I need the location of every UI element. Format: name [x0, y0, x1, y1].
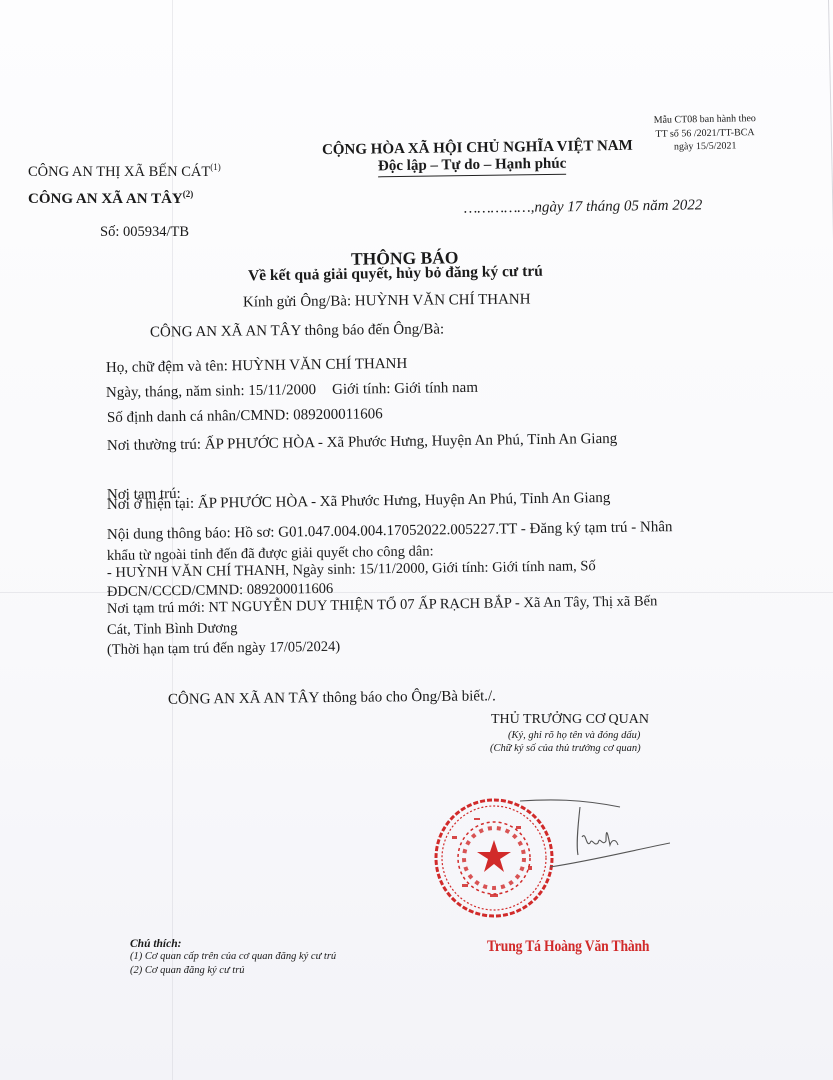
field-personal-id: Số định danh cá nhân/CMND: 089200011606: [107, 406, 383, 427]
agency-self: CÔNG AN XÃ AN TÂY(2): [28, 191, 193, 208]
content-line: Nội dung thông báo: Hồ sơ: G01.047.004.0…: [107, 519, 673, 544]
agency-parent: CÔNG AN THỊ XÃ BẾN CÁT(1): [28, 164, 221, 181]
intro-line: CÔNG AN XÃ AN TÂY thông báo đến Ông/Bà:: [150, 321, 444, 341]
signature-note: (Chữ ký số của thủ trưởng cơ quan): [490, 743, 641, 754]
footnote: (1) Cơ quan cấp trên của cơ quan đăng ký…: [130, 951, 336, 962]
signature-title: THỦ TRƯỞNG CƠ QUAN: [491, 712, 649, 728]
paper-edge: [828, 0, 833, 560]
recipient-line: Kính gửi Ông/Bà: HUỲNH VĂN CHÍ THANH: [243, 291, 531, 311]
form-template-note: Mẫu CT08 ban hành theo TT số 56 /2021/TT…: [650, 112, 761, 154]
field-dob-gender: Ngày, tháng, năm sinh: 15/11/2000Giới tí…: [106, 380, 478, 402]
footnotes-title: Chú thích:: [130, 938, 181, 950]
issue-date: ……………,ngày 17 tháng 05 năm 2022: [464, 197, 703, 217]
document-subtitle: Về kết quả giải quyết, hủy bỏ đăng ký cư…: [248, 263, 543, 286]
signature-note: (Ký, ghi rõ họ tên và đóng dấu): [508, 730, 640, 741]
closing-line: CÔNG AN XÃ AN TÂY thông báo cho Ông/Bà b…: [168, 688, 496, 708]
field-full-name: Họ, chữ đệm và tên: HUỲNH VĂN CHÍ THANH: [106, 356, 408, 377]
content-line: (Thời hạn tạm trú đến ngày 17/05/2024): [107, 639, 340, 659]
field-current-address: Nơi ở hiện tại: ẤP PHƯỚC HÒA - Xã Phước …: [107, 490, 611, 514]
footnote: (2) Cơ quan đăng ký cư trú: [130, 965, 245, 976]
national-motto: Độc lập – Tự do – Hạnh phúc: [378, 156, 567, 178]
field-dob: Ngày, tháng, năm sinh: 15/11/2000: [106, 382, 316, 401]
signature-icon: [520, 795, 670, 875]
content-line: Cát, Tỉnh Bình Dương: [107, 620, 238, 639]
document-page: CÔNG AN THỊ XÃ BẾN CÁT(1) CÔNG AN XÃ AN …: [0, 0, 833, 1080]
field-gender: Giới tính: Giới tính nam: [332, 380, 478, 398]
field-permanent-address: Nơi thường trú: ẤP PHƯỚC HÒA - Xã Phước …: [107, 431, 617, 455]
doc-number: Số: 005934/TB: [100, 224, 189, 241]
signer-name: Trung Tá Hoàng Văn Thành: [487, 938, 649, 956]
